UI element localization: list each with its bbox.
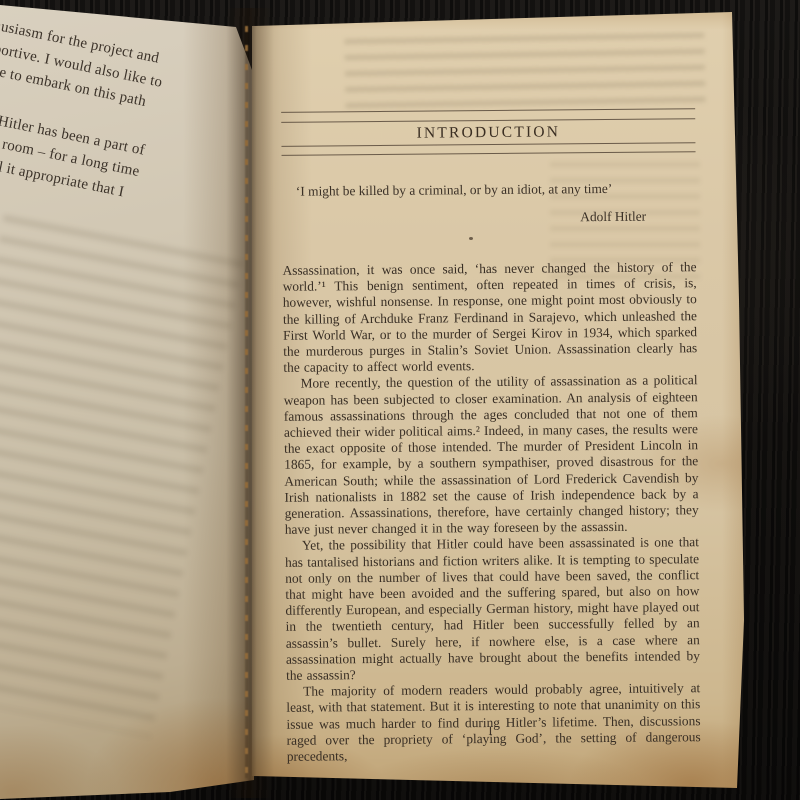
heading-rule-bottom-2 — [282, 151, 696, 156]
spine-stitching — [245, 26, 248, 778]
chapter-heading: INTRODUCTION — [281, 122, 695, 144]
book-photo-scene: ir enthusiasm for the project and ly sup… — [0, 0, 800, 800]
page-number: I — [284, 724, 698, 739]
paragraph-3: Yet, the possibility that Hitler could h… — [285, 535, 700, 684]
left-page: ir enthusiasm for the project and ly sup… — [0, 0, 254, 800]
left-page-showthrough-text — [0, 215, 244, 738]
right-page: INTRODUCTION ‘I might be killed by a cri… — [250, 10, 752, 792]
introduction-page-content: INTRODUCTION ‘I might be killed by a cri… — [281, 108, 701, 765]
paragraph-4: The majority of modern readers would pro… — [286, 680, 701, 765]
body-text: Assassination, it was once said, ‘has ne… — [282, 259, 700, 765]
right-page-showthrough-top — [344, 33, 705, 113]
epigraph-quote: ‘I might be killed by a criminal, or by … — [296, 180, 696, 199]
paragraph-1: Assassination, it was once said, ‘has ne… — [282, 259, 697, 376]
paragraph-2: More recently, the question of the utili… — [283, 373, 698, 539]
epigraph-attribution: Adolf Hitler — [282, 209, 646, 228]
